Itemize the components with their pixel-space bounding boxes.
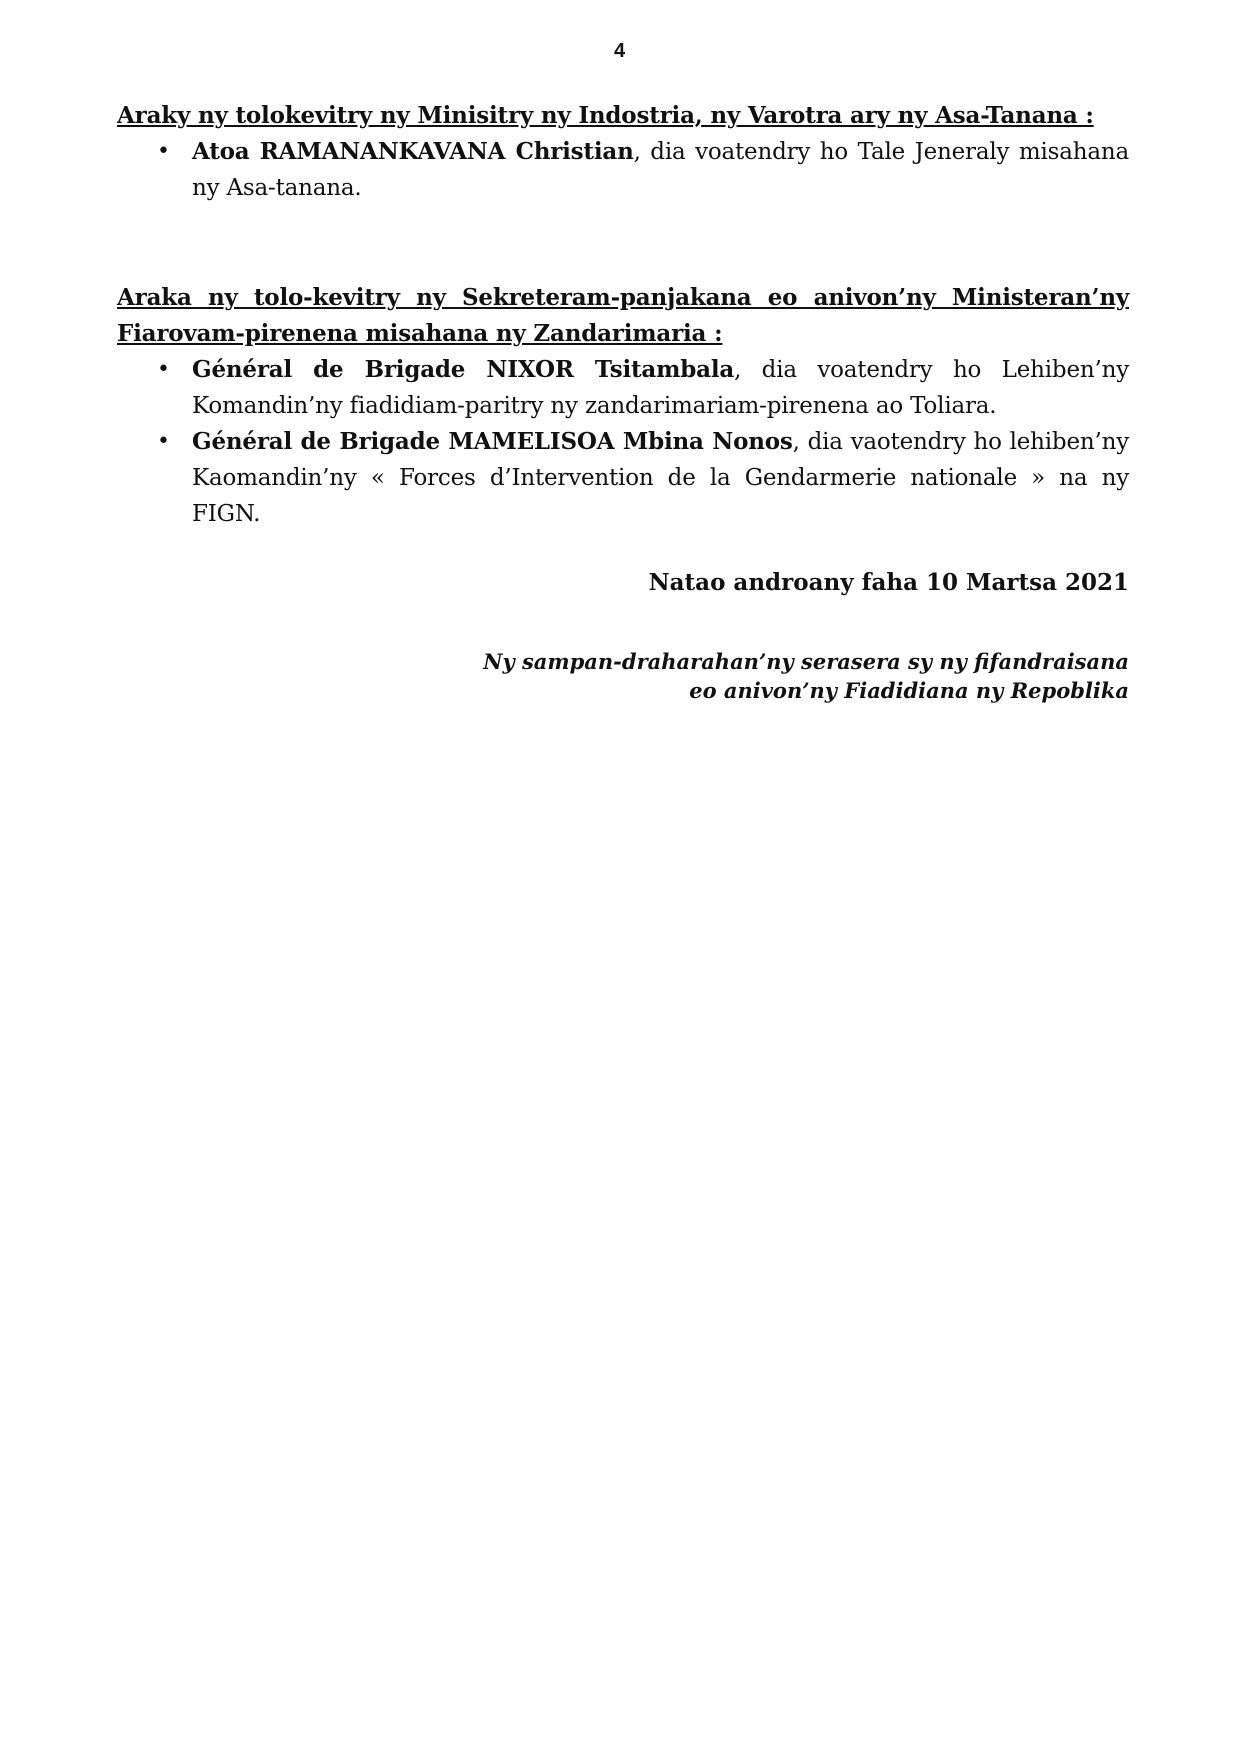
- list-item: •Atoa RAMANANKAVANA Christian, dia voate…: [117, 134, 1129, 206]
- section-heading: Araka ny tolo-kevitry ny Sekreteram-panj…: [117, 280, 1129, 352]
- section-heading: Araky ny tolokevitry ny Minisitry ny Ind…: [117, 98, 1129, 134]
- bullet-icon: •: [157, 352, 170, 388]
- bullet-icon: •: [157, 424, 170, 460]
- list-item: •Général de Brigade NIXOR Tsitambala, di…: [117, 352, 1129, 424]
- signature-block: Ny sampan-draharahan’ny serasera sy ny f…: [483, 647, 1129, 705]
- section-gendarmerie: Araka ny tolo-kevitry ny Sekreteram-panj…: [117, 280, 1129, 532]
- appointment-list: •Général de Brigade NIXOR Tsitambala, di…: [117, 352, 1129, 532]
- bullet-icon: •: [157, 134, 170, 170]
- appointment-list: •Atoa RAMANANKAVANA Christian, dia voate…: [117, 134, 1129, 206]
- appointee-name: Atoa RAMANANKAVANA Christian: [192, 138, 634, 165]
- appointee-name: Général de Brigade MAMELISOA Mbina Nonos: [192, 428, 793, 455]
- section-industry: Araky ny tolokevitry ny Minisitry ny Ind…: [117, 98, 1129, 206]
- appointee-name: Général de Brigade NIXOR Tsitambala: [192, 356, 734, 383]
- date-line: Natao androany faha 10 Martsa 2021: [649, 569, 1129, 596]
- list-item: •Général de Brigade MAMELISOA Mbina Nono…: [117, 424, 1129, 532]
- signature-line: eo anivon’ny Fiadidiana ny Repoblika: [483, 676, 1129, 705]
- page-number: 4: [0, 40, 1239, 63]
- signature-line: Ny sampan-draharahan’ny serasera sy ny f…: [483, 647, 1129, 676]
